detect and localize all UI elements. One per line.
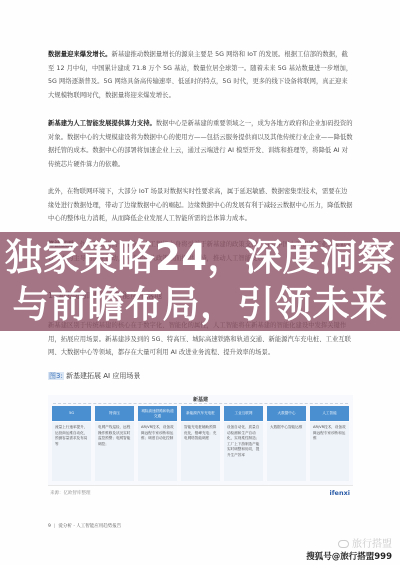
column-header: 工业互联网 [224, 406, 263, 421]
watermark-brand-text: 旅行搭盟 [352, 539, 392, 550]
watermark-account: 搜狐号@旅行搭盟999 [306, 550, 392, 562]
diagram-column-big-data-center: 大数据中心 大数据中心智能运维 [267, 406, 306, 481]
paragraph-data-growth: 数据量迎来爆发增长。新基建推动数据量增长的源泉主要是 5G 网络和 IoT 的发… [48, 48, 353, 102]
column-body: 流量上行速率提升，运营商运维自动化，预测容量需求及布局等 [52, 422, 91, 481]
paragraph-edge-computing: 此外，在物联网环境下，大部分 IoT 场景对数据实时性要求高，属于延迟敏感、数据… [48, 185, 353, 226]
headline-line-2: 与前瞻布局，引领未来 [0, 283, 400, 327]
diagram-column-rail: 城际高速铁路和轨道交通 AR/VR技术，设备故障远程专家诊断和运维；调度自动化控… [138, 406, 177, 481]
figure-source: 来源：亿欧智库整理 [50, 490, 91, 496]
footer-separator: | [54, 524, 56, 529]
column-body: 大数据中心智能运维 [267, 422, 306, 481]
column-header: 5G [52, 406, 91, 421]
column-body: 设备自动化、质量自动检测和生产自动化，实现柔性制造；工厂上下游制造产能实时调整和… [224, 422, 263, 481]
column-body: AR/VR技术，设备故障远程专家诊断和运维；调度自动化控制 [138, 422, 177, 481]
column-header: 特高压 [95, 406, 134, 421]
column-body: 智能充电桩辅助预算优化，错峰充电；充电网络智能调度 [181, 422, 220, 481]
column-header: 新能源汽车充电桩 [181, 406, 220, 421]
watermark-brand: 旅行搭盟 [306, 535, 392, 550]
figure-number: 图3: [48, 372, 64, 380]
page-number: 9 [48, 524, 51, 529]
diagram-title: 新基建 [48, 396, 353, 403]
diagram-column-uhv: 特高压 电网产线巡检，远程操作维修及状况实时监控预警；电网智能调控； [95, 406, 134, 481]
paragraph-lead: 数据量迎来爆发增长。 [48, 51, 111, 58]
diagram-column-industrial-internet: 工业互联网 设备自动化、质量自动检测和生产自动化，实现柔性制造；工厂上下游制造产… [224, 406, 263, 481]
paragraph-text: 数据中心是新基建的重要领域之一，成为各地方政府和企业加码投资的对象。数据中心的大… [48, 120, 353, 168]
diagram-column-ai: 人工智能 AR/VR技术，设备故障远程专家诊断和运维 [310, 406, 349, 481]
paragraph-text: 新基建推动数据量增长的源泉主要是 5G 网络和 IoT 的发展。根据工信部的数据… [48, 51, 352, 99]
diagram-column-ev-charging: 新能源汽车充电桩 智能充电桩辅助预算优化，错峰充电；充电网络智能调度 [181, 406, 220, 481]
headline-line-1: 独家策略24，深度洞察 [0, 236, 400, 280]
figure-title: 新基建拓展 AI 应用场景 [66, 372, 140, 380]
figure-caption: 图3: 新基建拓展 AI 应用场景 [48, 371, 140, 381]
paragraph-compute-support: 新基建为人工智能发展提供算力支持。数据中心是新基建的重要领域之一，成为各地方政府… [48, 117, 353, 171]
column-header: 人工智能 [310, 406, 349, 421]
ai-scenarios-diagram: 新基建 5G 流量上行速率提升，运营商运维自动化，预测容量需求及布局等 特高压 … [48, 395, 353, 485]
brand-logo: ifenxi [329, 489, 350, 497]
column-body: 电网产线巡检，远程操作维修及状况实时监控预警；电网智能调控； [95, 422, 134, 481]
page-footer: 9|爱分析 · 人工智能应用趋势报告 [48, 523, 121, 529]
report-title: 爱分析 · 人工智能应用趋势报告 [58, 524, 121, 529]
diagram-column-5g: 5G 流量上行速率提升，运营商运维自动化，预测容量需求及布局等 [52, 406, 91, 481]
column-header: 城际高速铁路和轨道交通 [138, 406, 177, 421]
chat-bubble-icon [338, 540, 349, 548]
column-header: 大数据中心 [267, 406, 306, 421]
watermark: 旅行搭盟 搜狐号@旅行搭盟999 [306, 535, 392, 562]
column-body: AR/VR技术，设备故障远程专家诊断和运维 [310, 422, 349, 481]
paragraph-lead: 新基建为人工智能发展提供算力支持。 [48, 120, 156, 127]
diagram-divider [53, 403, 348, 404]
figure-divider [48, 485, 353, 486]
paragraph-text: 此外，在物联网环境下，大部分 IoT 场景对数据实时性要求高，属于延迟敏感、数据… [48, 188, 353, 222]
